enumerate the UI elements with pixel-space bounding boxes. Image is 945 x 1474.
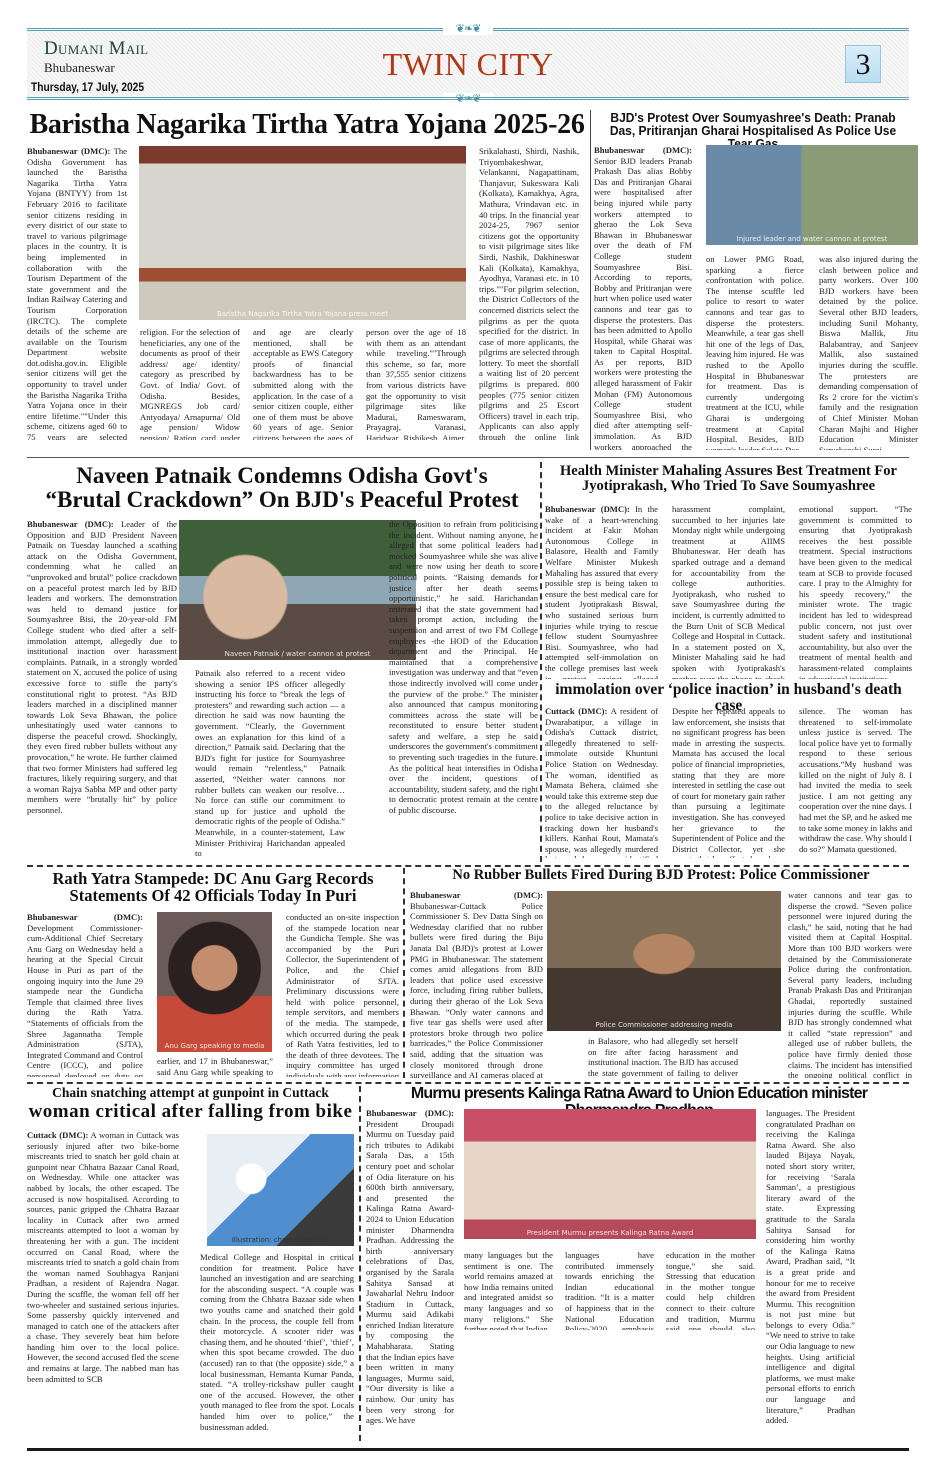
article-column: Patnaik also referred to a recent video … <box>195 668 345 858</box>
dateline: Bhubaneswar (DMC): <box>27 519 114 529</box>
article-bjd-protest: BJD's Protest Over Soumyashree's Death: … <box>594 112 912 452</box>
article-column: was also injured during the clash betwee… <box>819 254 918 450</box>
article-chain-snatching: Chain snatching attempt at gunpoint in C… <box>27 1086 354 1441</box>
headline: Naveen Patnaik Condemns Odisha Govt's “B… <box>27 464 537 512</box>
column-divider <box>540 462 542 862</box>
page-number-badge: 3 <box>845 45 881 83</box>
article-column: religion. For the selection of beneficia… <box>140 327 240 440</box>
article-immolation: immolation over ‘police inaction’ in hus… <box>545 682 912 860</box>
hospital-protest-photo: Injured leader and water cannon at prote… <box>706 145 918 245</box>
newspaper-page: ❦❧❦ Dumani Mail Bhubaneswar Thursday, 17… <box>27 28 909 100</box>
article-column: Bhubaneswar (DMC): Leader of the Opposit… <box>27 519 177 859</box>
article-column: and age are clearly mentioned, shall be … <box>253 327 353 440</box>
masthead: ❦❧❦ Dumani Mail Bhubaneswar Thursday, 17… <box>27 28 909 100</box>
article-column: earlier, and 17 in Bhubaneswar,” said An… <box>157 1056 273 1077</box>
article-mahaling: Health Minister Mahaling Assures Best Tr… <box>545 462 912 682</box>
page-bottom-rule <box>27 1448 909 1451</box>
article-column: Bhubaneswar (DMC): In the wake of a hear… <box>545 504 658 679</box>
police-commissioner-photo: Police Commissioner addressing media <box>547 891 781 1031</box>
article-column: languages have contributed immensely tow… <box>565 1250 654 1330</box>
naveen-patnaik-photo: Naveen Patnaik / water cannon at protest <box>179 520 416 660</box>
headline: Health Minister Mahaling Assures Best Tr… <box>545 464 912 494</box>
column-divider <box>359 1086 361 1441</box>
article-column: Cuttack (DMC): A woman in Cuttack was se… <box>27 1130 179 1430</box>
article-column: Bhubaneswar (DMC): Bhubaneswar-Cuttack P… <box>410 890 543 1078</box>
section-divider <box>27 457 909 458</box>
ornament-icon: ❦❧❦ <box>443 23 493 35</box>
column-divider <box>590 110 591 450</box>
article-column: Cuttack (DMC): A resident of Dwarabatipu… <box>545 706 658 858</box>
press-meet-photo: Baristha Nagarika Tirtha Yatra Yojana pr… <box>139 146 466 320</box>
headline: Baristha Nagarika Tirtha Yatra Yojana 20… <box>27 110 587 139</box>
kalinga-ratna-award-photo: President Murmu presents Kalinga Ratna A… <box>464 1109 756 1239</box>
section-title: TWIN CITY <box>27 46 909 83</box>
dateline: Bhubaneswar (DMC): <box>410 890 543 900</box>
article-column: Bhubaneswar (DMC): Development Commissio… <box>27 912 143 1077</box>
chain-snatching-illustration: Illustration: chain snatching <box>207 1134 354 1246</box>
section-divider <box>27 1082 909 1084</box>
article-column: silence. The woman has threatened to sel… <box>799 706 912 858</box>
article-column: person over the age of 18 with them as a… <box>366 327 466 440</box>
dateline: Cuttack (DMC): <box>545 706 607 716</box>
article-rubber-bullets: No Rubber Bullets Fired During BJD Prote… <box>410 868 912 1080</box>
article-rath-yatra: Rath Yatra Stampede: DC Anu Garg Records… <box>27 868 399 1080</box>
column-divider <box>403 868 405 1078</box>
article-column: Bhubaneswar (DMC): President Droupadi Mu… <box>366 1108 454 1430</box>
dateline: Bhubaneswar (DMC): <box>27 146 110 156</box>
article-naveen-patnaik: Naveen Patnaik Condemns Odisha Govt's “B… <box>27 462 537 862</box>
article-column: in Balasore, who had allegedly set herse… <box>588 1036 738 1078</box>
masthead-bottom-rule <box>27 97 909 100</box>
headline: Rath Yatra Stampede: DC Anu Garg Records… <box>27 870 399 905</box>
dateline: Bhubaneswar (DMC): <box>545 504 630 514</box>
article-column: Medical College and Hospital in critical… <box>200 1252 354 1430</box>
article-column: languages. The President congratulated P… <box>766 1108 855 1430</box>
dateline: Bhubaneswar (DMC): <box>594 145 692 155</box>
article-column: on Lower PMG Road, sparking a fierce con… <box>706 254 804 450</box>
article-column: Bhubaneswar (DMC): The Odisha Government… <box>27 146 127 440</box>
article-column: education in the mother tongue,” she sai… <box>666 1250 755 1330</box>
dateline: Bhubaneswar (DMC): <box>366 1108 454 1118</box>
article-tirtha-yatra: Baristha Nagarika Tirtha Yatra Yojana 20… <box>27 110 587 450</box>
article-column: water cannons and tear gas to disperse t… <box>788 890 912 1078</box>
article-murmu: Murmu presents Kalinga Ratna Award to Un… <box>366 1086 912 1441</box>
article-column: harassment complaint, succumbed to her i… <box>672 504 785 679</box>
article-column: many languages but the sentiment is one.… <box>464 1250 553 1330</box>
article-column: Despite her repeated appeals to law enfo… <box>672 706 785 858</box>
article-column: the Opposition to refrain from politicis… <box>389 519 538 859</box>
headline: No Rubber Bullets Fired During BJD Prote… <box>410 868 912 883</box>
article-column: Srikalahasti, Shirdi, Nashik, Triyombake… <box>479 146 579 440</box>
dateline: Bhubaneswar (DMC): <box>27 912 143 922</box>
article-column: Bhubaneswar (DMC): Senior BJD leaders Pr… <box>594 145 692 450</box>
article-column: conducted an on-site inspection of the s… <box>286 912 399 1077</box>
dateline: Cuttack (DMC): <box>27 1130 88 1140</box>
headline: Chain snatching attempt at gunpoint in C… <box>27 1086 354 1122</box>
article-column: emotional support. “The government is co… <box>799 504 912 679</box>
anu-garg-photo: Anu Garg speaking to media <box>157 912 272 1052</box>
